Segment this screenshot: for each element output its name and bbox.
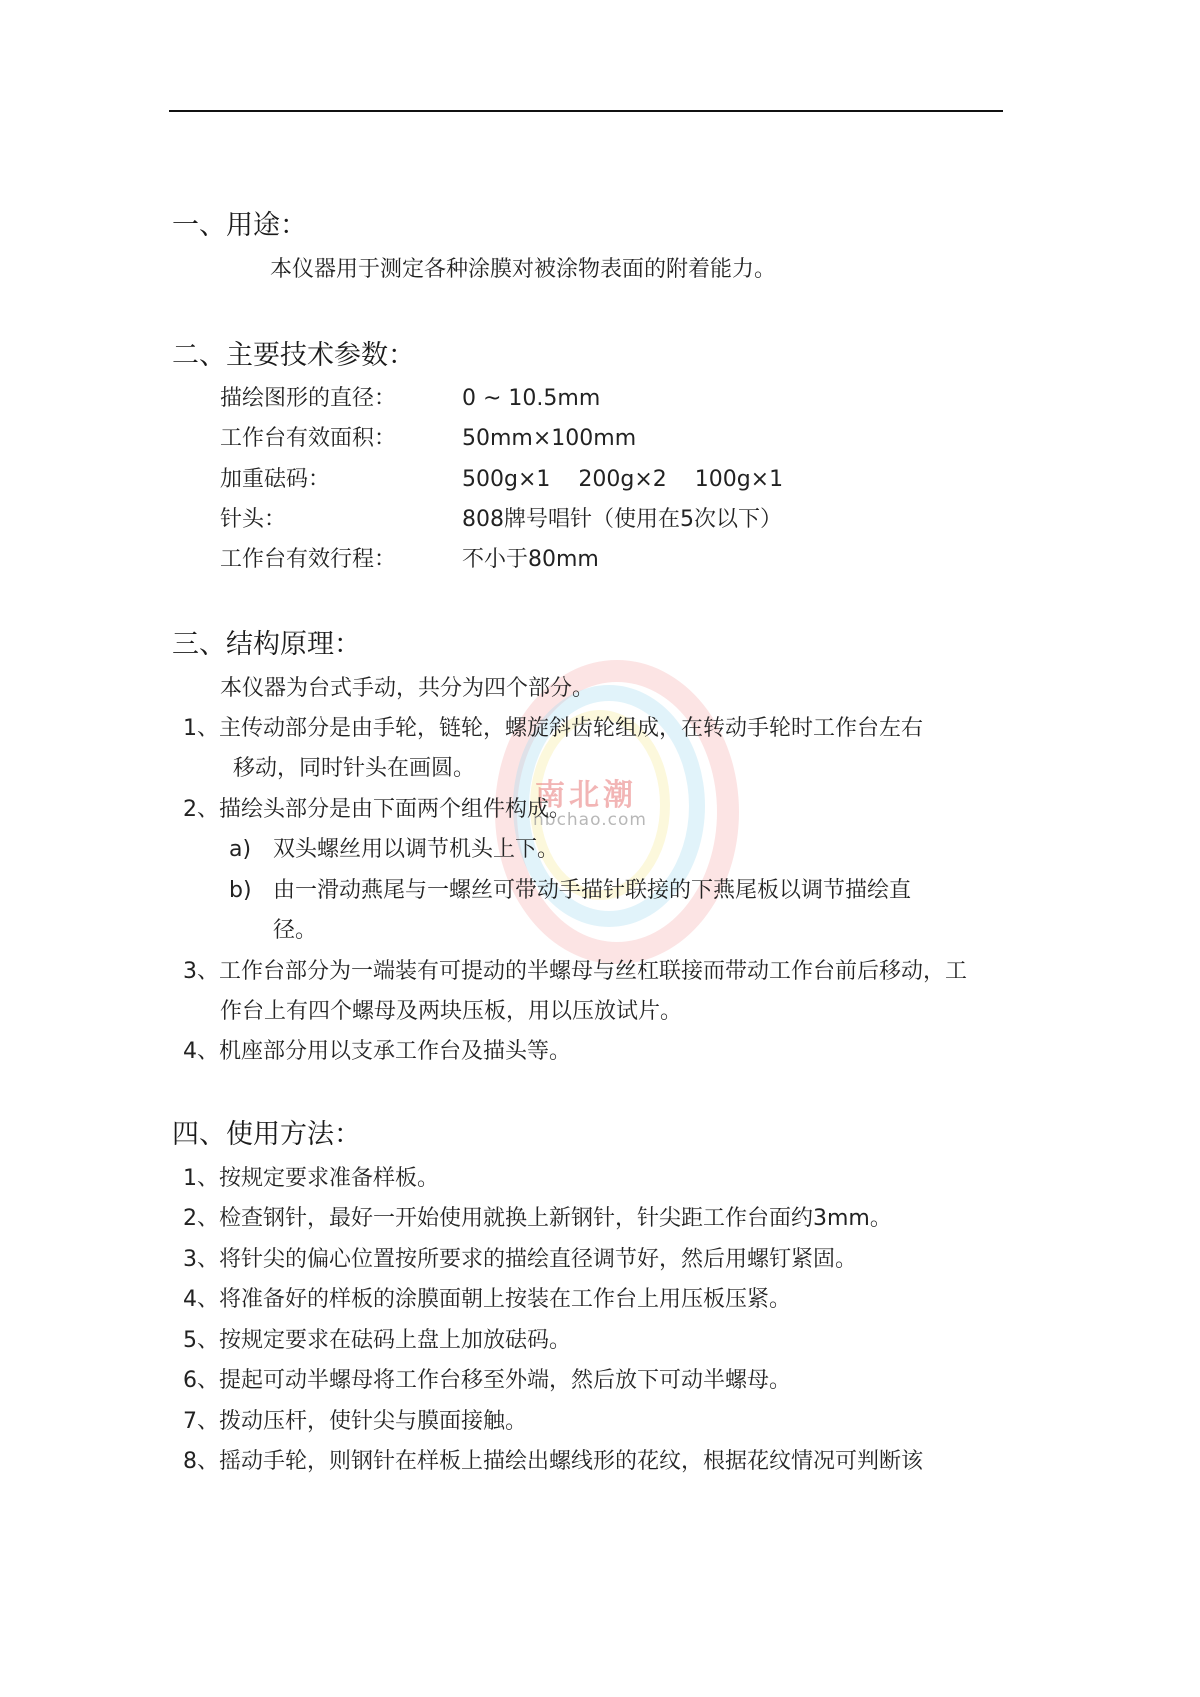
subitem-marker: b) <box>229 876 252 906</box>
structure-item-1-cont: 移动，同时针头在画圆。 <box>233 754 475 784</box>
subitem-text: 双头螺丝用以调节机头上下。 <box>273 835 559 865</box>
param-label: 加重砝码： <box>220 465 330 495</box>
subitem-text: 由一滑动燕尾与一螺丝可带动手描针联接的下燕尾板以调节描绘直 <box>273 876 911 906</box>
param-value: 808牌号唱针（使用在5次以下） <box>462 505 782 535</box>
section-3-heading: 三、结构原理： <box>172 627 361 663</box>
usage-step: 1、按规定要求准备样板。 <box>183 1164 439 1194</box>
param-value: 0 ~ 10.5mm <box>462 384 600 414</box>
param-value: 50mm×100mm <box>462 424 636 454</box>
section-3-intro: 本仪器为台式手动，共分为四个部分。 <box>220 674 594 704</box>
param-value: 不小于80mm <box>462 545 599 575</box>
section-1-body: 本仪器用于测定各种涂膜对被涂物表面的附着能力。 <box>270 255 776 285</box>
section-1-heading: 一、用途： <box>172 208 307 244</box>
param-label: 工作台有效面积： <box>220 424 396 454</box>
param-label: 工作台有效行程： <box>220 545 396 575</box>
header-rule <box>169 110 1003 112</box>
usage-step: 7、拨动压杆，使针尖与膜面接触。 <box>183 1407 527 1437</box>
param-value: 500g×1 200g×2 100g×1 <box>462 465 783 495</box>
structure-item-1: 1、主传动部分是由手轮，链轮，螺旋斜齿轮组成，在转动手轮时工作台左右 <box>183 714 923 744</box>
usage-step: 6、提起可动半螺母将工作台移至外端，然后放下可动半螺母。 <box>183 1366 791 1396</box>
subitem-text-cont: 径。 <box>273 916 317 946</box>
usage-step: 3、将针尖的偏心位置按所要求的描绘直径调节好，然后用螺钉紧固。 <box>183 1245 857 1275</box>
structure-item-2: 2、描绘头部分是由下面两个组件构成。 <box>183 795 571 825</box>
structure-item-4: 4、机座部分用以支承工作台及描头等。 <box>183 1037 571 1067</box>
section-4-heading: 四、使用方法： <box>172 1117 361 1153</box>
structure-item-3-cont: 作台上有四个螺母及两块压板，用以压放试片。 <box>220 997 682 1027</box>
param-label: 描绘图形的直径： <box>220 384 396 414</box>
usage-step: 2、检查钢针，最好一开始使用就换上新钢针，针尖距工作台面约3mm。 <box>183 1204 892 1234</box>
structure-item-3: 3、工作台部分为一端装有可提动的半螺母与丝杠联接而带动工作台前后移动，工 <box>183 957 967 987</box>
param-label: 针头： <box>220 505 286 535</box>
usage-step: 8、摇动手轮，则钢针在样板上描绘出螺线形的花纹，根据花纹情况可判断该 <box>183 1447 923 1477</box>
section-2-heading: 二、主要技术参数： <box>172 338 415 374</box>
usage-step: 5、按规定要求在砝码上盘上加放砝码。 <box>183 1326 571 1356</box>
usage-step: 4、将准备好的样板的涂膜面朝上按装在工作台上用压板压紧。 <box>183 1285 791 1315</box>
subitem-marker: a) <box>229 835 251 865</box>
